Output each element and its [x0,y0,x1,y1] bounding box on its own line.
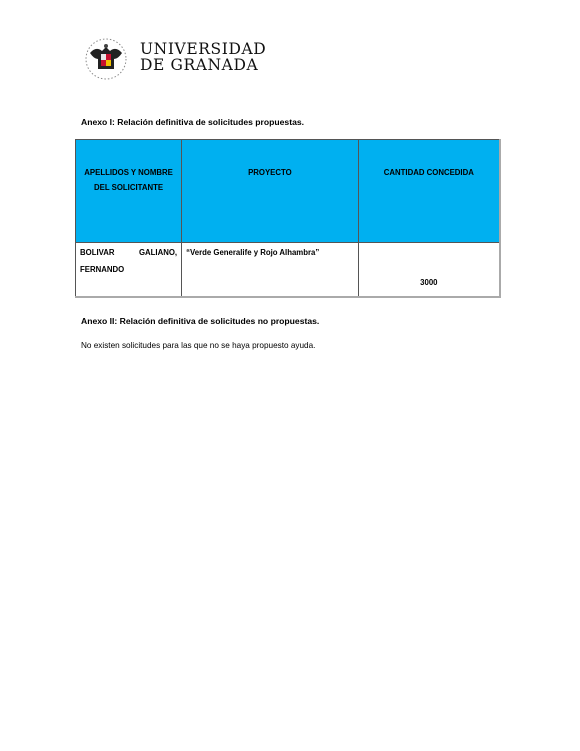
institution-line-2: DE GRANADA [140,57,266,73]
column-header-applicant: APELLIDOS Y NOMBRE DEL SOLICITANTE [76,140,182,243]
institution-name: UNIVERSIDAD DE GRANADA [140,41,266,73]
applicant-cell: BOLIVAR GALIANO, FERNANDO [76,243,182,298]
university-seal-icon [80,37,132,81]
project-cell: “Verde Generalife y Rojo Alhambra” [182,243,359,298]
column-header-amount: CANTIDAD CONCEDIDA [358,140,500,243]
annex-2-title: Anexo II: Relación definitiva de solicit… [81,316,319,326]
column-header-project: PROYECTO [182,140,359,243]
table-row: BOLIVAR GALIANO, FERNANDO “Verde General… [76,243,501,298]
annex-1-title: Anexo I: Relación definitiva de solicitu… [81,117,304,127]
table-header-row: APELLIDOS Y NOMBRE DEL SOLICITANTE PROYE… [76,140,501,243]
annex-2-text: No existen solicitudes para las que no s… [81,341,315,350]
institution-line-1: UNIVERSIDAD [140,41,266,57]
amount-cell: 3000 [358,243,500,298]
proposed-applications-table: APELLIDOS Y NOMBRE DEL SOLICITANTE PROYE… [75,139,501,298]
